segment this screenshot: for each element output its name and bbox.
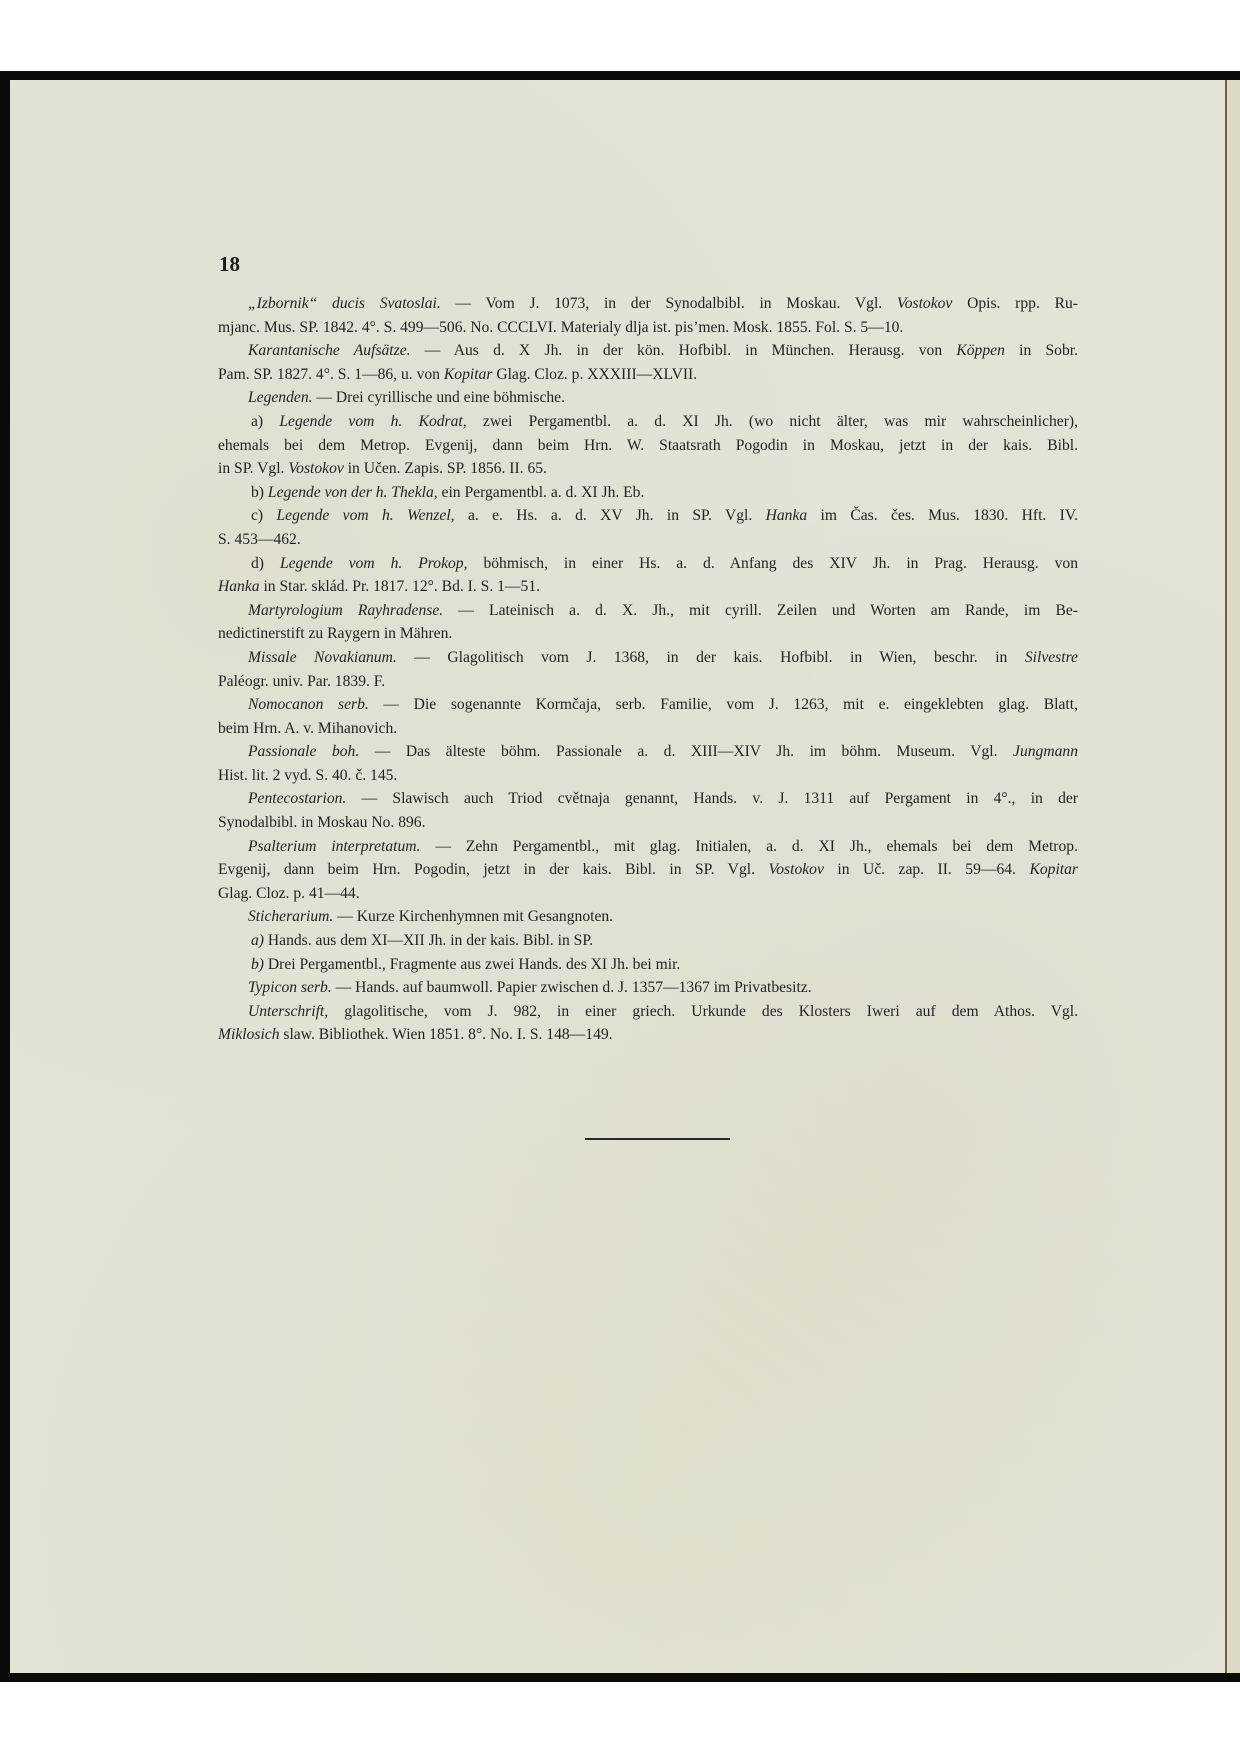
entry-title: „Izbornik“ ducis Svatoslai. bbox=[248, 295, 441, 312]
entry-legende-kodrat: a) Legende vom h. Kodrat, zwei Pergament… bbox=[218, 410, 1078, 481]
entry-karantanische-aufsaetze: Karantanische Aufsätze. — Aus d. X Jh. i… bbox=[218, 339, 1078, 386]
entry-line: b) Legende von der h. Thekla, ein Pergam… bbox=[218, 481, 1078, 505]
entry-line: Martyrologium Rayhradense. — Lateinisch … bbox=[218, 599, 1078, 623]
entry-line: Missale Novakianum. — Glagolitisch vom J… bbox=[218, 646, 1078, 670]
entry-title: Legende vom h. Wenzel, bbox=[276, 507, 454, 524]
entry-line: c) Legende vom h. Wenzel, a. e. Hs. a. d… bbox=[218, 504, 1078, 528]
entry-title: Legende von der h. Thekla, bbox=[268, 484, 438, 501]
entry-line: b) Drei Pergamentbl., Fragmente aus zwei… bbox=[218, 953, 1078, 977]
entry-line: Passionale boh. — Das älteste böhm. Pass… bbox=[218, 740, 1078, 764]
entry-line: a) Legende vom h. Kodrat, zwei Pergament… bbox=[218, 410, 1078, 434]
entry-typicon: Typicon serb. — Hands. auf baumwoll. Pap… bbox=[218, 976, 1078, 1000]
entry-line: Hanka in Star. sklád. Pr. 1817. 12°. Bd.… bbox=[218, 575, 1078, 599]
page-number: 18 bbox=[219, 252, 240, 277]
entry-line: nedictinerstift zu Raygern in Mähren. bbox=[218, 622, 1078, 646]
entry-line: Karantanische Aufsätze. — Aus d. X Jh. i… bbox=[218, 339, 1078, 363]
entry-line: Typicon serb. — Hands. auf baumwoll. Pap… bbox=[218, 976, 1078, 1000]
entry-title: Unterschrift, bbox=[248, 1003, 328, 1020]
entry-line: mjanc. Mus. SP. 1842. 4°. S. 499—506. No… bbox=[218, 316, 1078, 340]
entry-sticherarium: Sticherarium. — Kurze Kirchenhymnen mit … bbox=[218, 905, 1078, 929]
entry-legende-wenzel: c) Legende vom h. Wenzel, a. e. Hs. a. d… bbox=[218, 504, 1078, 551]
entry-title: Legende vom h. Prokop, bbox=[280, 555, 468, 572]
entry-passionale: Passionale boh. — Das älteste böhm. Pass… bbox=[218, 740, 1078, 787]
entry-line: Pentecostarion. — Slawisch auch Triod cv… bbox=[218, 787, 1078, 811]
entry-line: S. 453—462. bbox=[218, 528, 1078, 552]
entry-missale-novakianum: Missale Novakianum. — Glagolitisch vom J… bbox=[218, 646, 1078, 693]
entry-pentecostarion: Pentecostarion. — Slawisch auch Triod cv… bbox=[218, 787, 1078, 834]
entry-title: Karantanische Aufsätze. bbox=[248, 342, 411, 359]
entry-line: in SP. Vgl. Vostokov in Učen. Zapis. SP.… bbox=[218, 457, 1078, 481]
entry-title: Sticherarium. bbox=[248, 908, 333, 925]
entry-sticherarium-a: a) Hands. aus dem XI—XII Jh. in der kais… bbox=[218, 929, 1078, 953]
entry-nomocanon: Nomocanon serb. — Die sogenannte Kormčaj… bbox=[218, 693, 1078, 740]
entry-line: Legenden. — Drei cyrillische und eine bö… bbox=[218, 386, 1078, 410]
entry-line: ehemals bei dem Metrop. Evgenij, dann be… bbox=[218, 434, 1078, 458]
entry-title: Nomocanon serb. bbox=[248, 696, 369, 713]
bibliography-list: „Izbornik“ ducis Svatoslai. — Vom J. 107… bbox=[218, 292, 1078, 1047]
entry-title: Typicon serb. bbox=[248, 979, 332, 996]
entry-line: Evgenij, dann beim Hrn. Pogodin, jetzt i… bbox=[218, 858, 1078, 882]
entry-line: Hist. lit. 2 vyd. S. 40. č. 145. bbox=[218, 764, 1078, 788]
entry-title: Martyrologium Rayhradense. bbox=[248, 602, 443, 619]
entry-line: Glag. Cloz. p. 41—44. bbox=[218, 882, 1078, 906]
entry-title: Legenden. bbox=[248, 389, 313, 406]
entry-title: Missale Novakianum. bbox=[248, 649, 397, 666]
entry-line: a) Hands. aus dem XI—XII Jh. in der kais… bbox=[218, 929, 1078, 953]
entry-line: Pam. SP. 1827. 4°. S. 1—86, u. von Kopit… bbox=[218, 363, 1078, 387]
end-rule-divider bbox=[585, 1138, 730, 1140]
entry-title: Legende vom h. Kodrat, bbox=[279, 413, 466, 430]
entry-line: „Izbornik“ ducis Svatoslai. — Vom J. 107… bbox=[218, 292, 1078, 316]
entry-line: Paléogr. univ. Par. 1839. F. bbox=[218, 670, 1078, 694]
entry-line: d) Legende vom h. Prokop, böhmisch, in e… bbox=[218, 552, 1078, 576]
entry-line: Nomocanon serb. — Die sogenannte Kormčaj… bbox=[218, 693, 1078, 717]
entry-line: beim Hrn. A. v. Mihanovich. bbox=[218, 717, 1078, 741]
entry-psalterium: Psalterium interpretatum. — Zehn Pergame… bbox=[218, 835, 1078, 906]
entry-title: Passionale boh. bbox=[248, 743, 359, 760]
entry-title: Pentecostarion. bbox=[248, 790, 346, 807]
entry-legende-thekla: b) Legende von der h. Thekla, ein Pergam… bbox=[218, 481, 1078, 505]
entry-sticherarium-b: b) Drei Pergamentbl., Fragmente aus zwei… bbox=[218, 953, 1078, 977]
adjacent-page-edge bbox=[1227, 80, 1240, 1673]
entry-izbornik: „Izbornik“ ducis Svatoslai. — Vom J. 107… bbox=[218, 292, 1078, 339]
entry-legenden: Legenden. — Drei cyrillische und eine bö… bbox=[218, 386, 1078, 410]
entry-title: Psalterium interpretatum. bbox=[248, 838, 420, 855]
entry-line: Synodalbibl. in Moskau No. 896. bbox=[218, 811, 1078, 835]
entry-line: Miklosich slaw. Bibliothek. Wien 1851. 8… bbox=[218, 1023, 1078, 1047]
entry-line: Sticherarium. — Kurze Kirchenhymnen mit … bbox=[218, 905, 1078, 929]
entry-legende-prokop: d) Legende vom h. Prokop, böhmisch, in e… bbox=[218, 552, 1078, 599]
entry-line: Psalterium interpretatum. — Zehn Pergame… bbox=[218, 835, 1078, 859]
entry-martyrologium: Martyrologium Rayhradense. — Lateinisch … bbox=[218, 599, 1078, 646]
entry-unterschrift: Unterschrift, glagolitische, vom J. 982,… bbox=[218, 1000, 1078, 1047]
entry-line: Unterschrift, glagolitische, vom J. 982,… bbox=[218, 1000, 1078, 1024]
